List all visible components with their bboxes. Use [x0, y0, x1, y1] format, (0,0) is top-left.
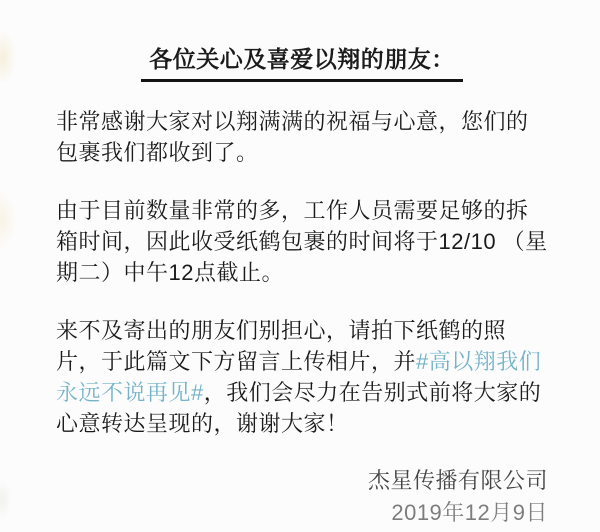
signature-block: 杰星传播有限公司 2019年12月9日	[56, 465, 548, 529]
signature-date: 2019年12月9日	[56, 497, 548, 529]
paragraph-deadline: 由于目前数量非常的多，工作人员需要足够的拆 箱时间，因此收受纸鹤包裹的时间将于1…	[56, 195, 548, 288]
photo-artifact	[0, 190, 16, 250]
paragraph-thanks: 非常感谢大家对以翔满满的祝福与心意，您们的 包裹我们都收到了。	[56, 106, 548, 168]
company-name: 杰星传播有限公司	[56, 465, 548, 497]
photo-artifact	[0, 30, 16, 85]
title-row: 各位关心及喜爱以翔的朋友：	[56, 44, 548, 82]
photo-artifact	[0, 480, 12, 520]
announcement-document: 各位关心及喜爱以翔的朋友： 非常感谢大家对以翔满满的祝福与心意，您们的 包裹我们…	[0, 0, 600, 532]
paragraph-instructions: 来不及寄出的朋友们别担心，请拍下纸鹤的照 片，于此篇文下方留言上传相片，并#高以…	[56, 315, 548, 439]
announcement-title: 各位关心及喜爱以翔的朋友：	[141, 44, 463, 82]
